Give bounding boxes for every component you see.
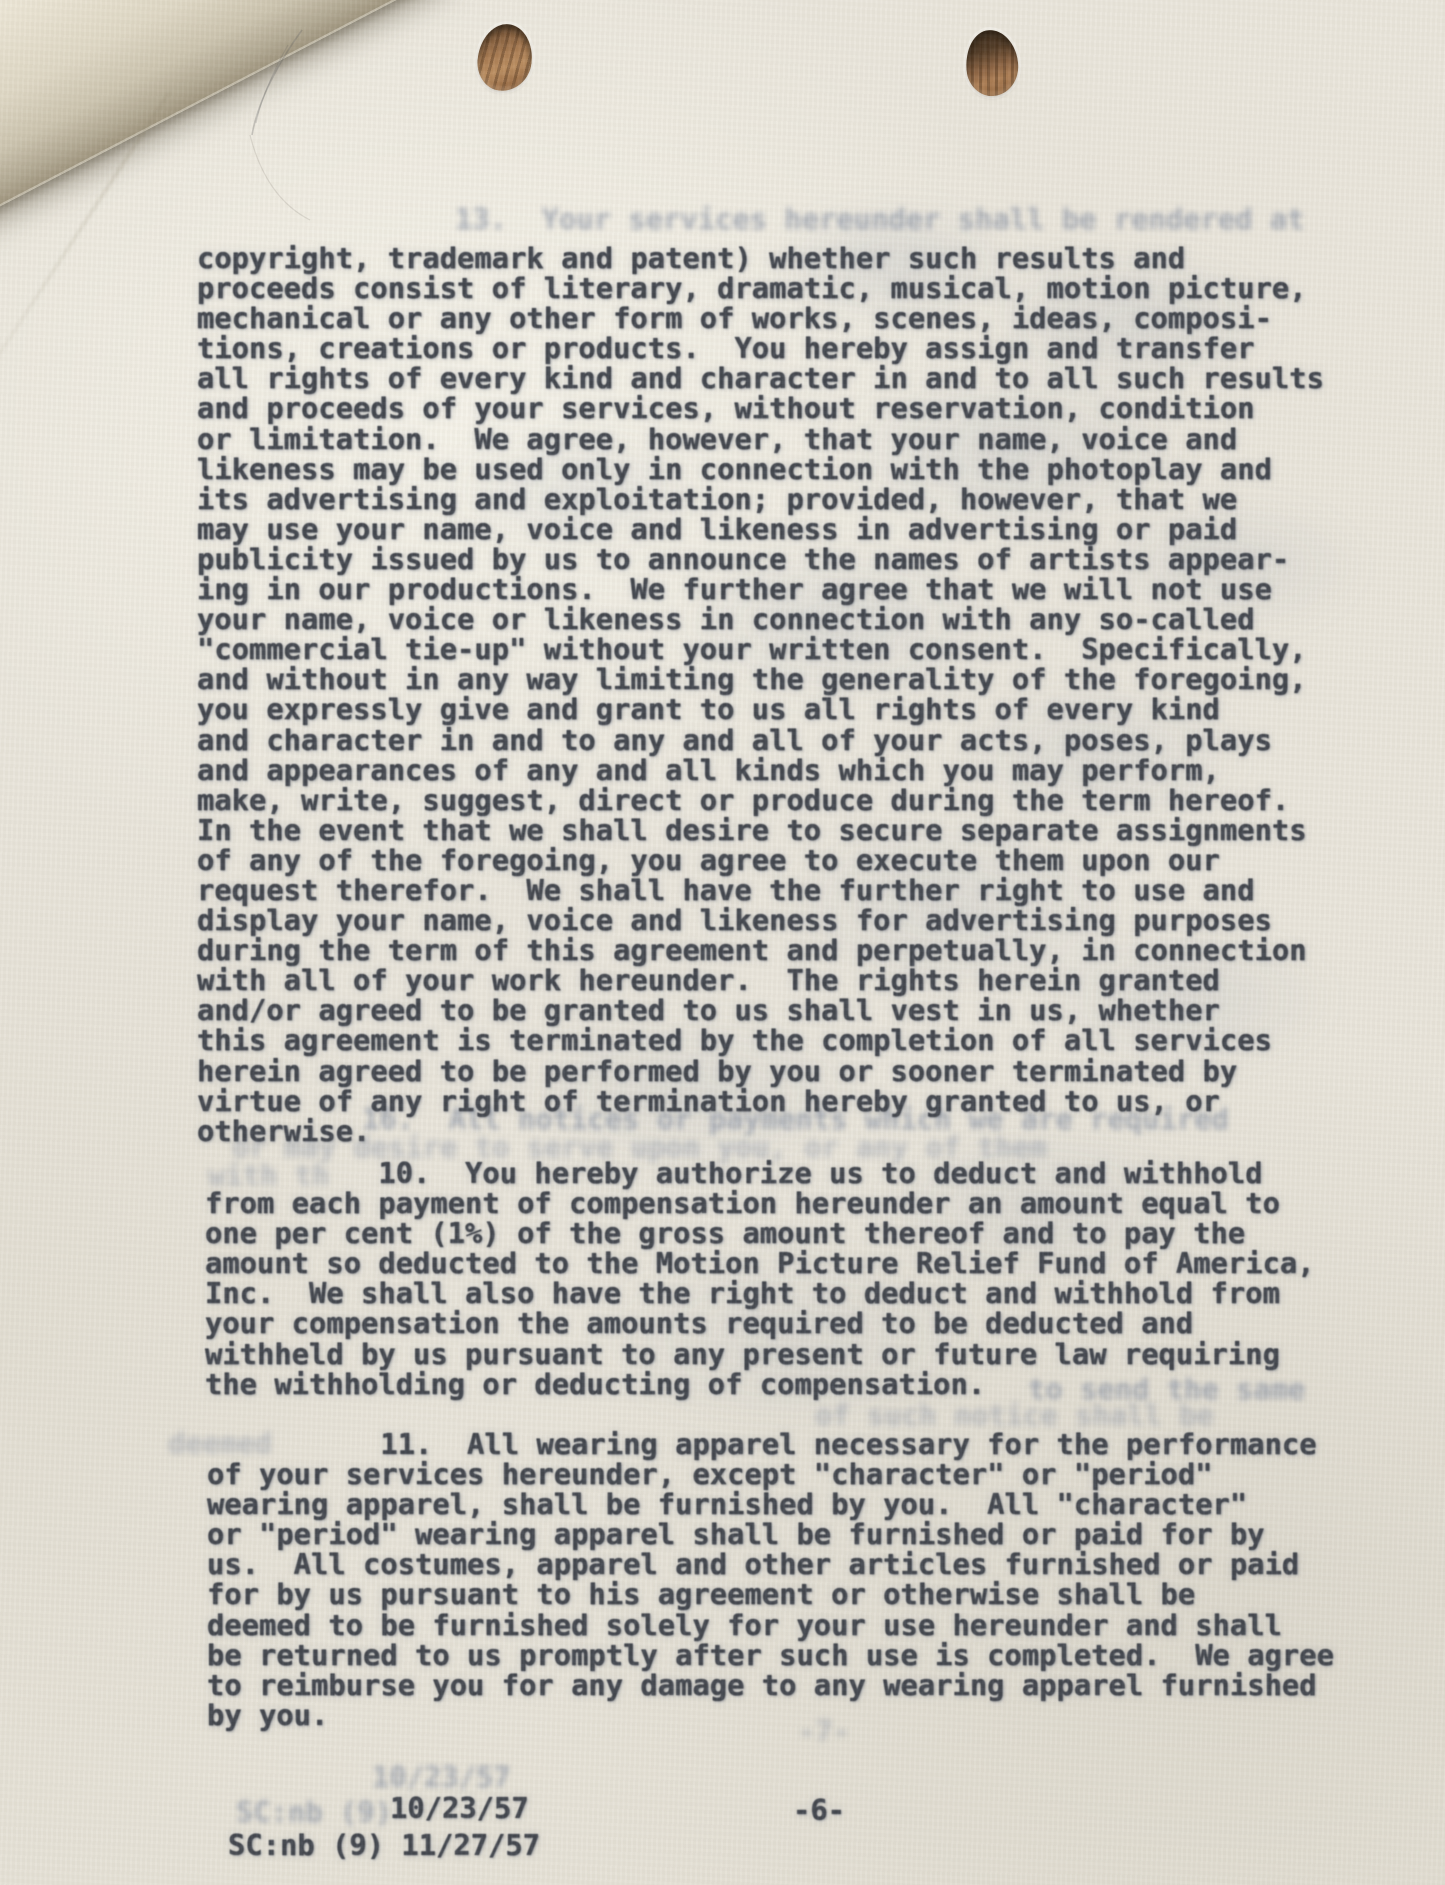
ghost-text-line: 13. Your services hereunder shall be ren… — [455, 204, 1305, 234]
footer-page-number: -6- — [793, 1795, 845, 1825]
typed-text-line: tions, creations or products. You hereby… — [197, 333, 1324, 363]
contract-paragraph-11: 11. All wearing apparel necessary for th… — [207, 1429, 1334, 1730]
typed-text-line: mechanical or any other form of works, s… — [197, 303, 1324, 333]
typed-text-line: proceeds consist of literary, dramatic, … — [197, 273, 1324, 303]
punch-hole-left — [474, 21, 536, 94]
typed-text-line: and without in any way limiting the gene… — [197, 664, 1324, 694]
typed-text-line: wearing apparel, shall be furnished by y… — [207, 1489, 1334, 1519]
footer-date: 10/23/57 — [390, 1793, 529, 1823]
typed-text-line: and character in and to any and all of y… — [197, 725, 1324, 755]
typed-text-line: and proceeds of your services, without r… — [197, 393, 1324, 423]
typed-text-line: your name, voice or likeness in connecti… — [197, 604, 1324, 634]
typed-text-line: 10. You hereby authorize us to deduct an… — [205, 1158, 1315, 1188]
typed-text-line: virtue of any right of termination hereb… — [197, 1086, 1324, 1116]
typed-text-line: deemed to be furnished solely for your u… — [207, 1610, 1334, 1640]
typed-text-line: herein agreed to be performed by you or … — [197, 1056, 1324, 1086]
typed-text-line: to reimburse you for any damage to any w… — [207, 1670, 1334, 1700]
typed-text-line: copyright, trademark and patent) whether… — [197, 243, 1324, 273]
typed-text-line: or "period" wearing apparel shall be fur… — [207, 1519, 1334, 1549]
typed-text-line: all rights of every kind and character i… — [197, 363, 1324, 393]
punch-hole-right — [963, 28, 1021, 98]
typed-text-line: "commercial tie-up" without your written… — [197, 634, 1324, 664]
typed-text-line: with all of your work hereunder. The rig… — [197, 965, 1324, 995]
typed-text-line: and/or agreed to be granted to us shall … — [197, 995, 1324, 1025]
ghost-text-fragment: of such notice shall be — [815, 1400, 1214, 1430]
footer-typist-reference: SC:nb (9) 11/27/57 — [228, 1830, 540, 1860]
typed-text-line: withheld by us pursuant to any present o… — [205, 1339, 1315, 1369]
typed-text-line: your compensation the amounts required t… — [205, 1308, 1315, 1338]
typed-text-line: during the term of this agreement and pe… — [197, 935, 1324, 965]
contract-continuation-paragraph: copyright, trademark and patent) whether… — [197, 243, 1324, 1146]
typed-text-line: may use your name, voice and likeness in… — [197, 514, 1324, 544]
typed-text-line: otherwise. — [197, 1116, 1324, 1146]
typed-text-line: amount so deducted to the Motion Picture… — [205, 1248, 1315, 1278]
curled-page-corner — [0, 0, 456, 246]
typed-text-line: us. All costumes, apparel and other arti… — [207, 1549, 1334, 1579]
typed-text-line: and appearances of any and all kinds whi… — [197, 755, 1324, 785]
typed-text-line: likeness may be used only in connection … — [197, 454, 1324, 484]
typed-text-line: by you. — [207, 1700, 1334, 1730]
typed-text-line: make, write, suggest, direct or produce … — [197, 785, 1324, 815]
typed-text-line: its advertising and exploitation; provid… — [197, 484, 1324, 514]
typed-text-line: display your name, voice and likeness fo… — [197, 905, 1324, 935]
typed-text-line: of any of the foregoing, you agree to ex… — [197, 845, 1324, 875]
ghost-footer-reference: SC:nb (9) — [236, 1797, 392, 1827]
typed-text-line: or limitation. We agree, however, that y… — [197, 424, 1324, 454]
typed-text-line: the withholding or deducting of compensa… — [205, 1369, 1315, 1399]
ghost-footer-date: 10/23/57 — [372, 1762, 511, 1792]
scanned-contract-page: 13. Your services hereunder shall be ren… — [0, 0, 1445, 1885]
typed-text-line: publicity issued by us to announce the n… — [197, 544, 1324, 574]
typed-text-line: of your services hereunder, except "char… — [207, 1459, 1334, 1489]
typed-text-line: one per cent (1%) of the gross amount th… — [205, 1218, 1315, 1248]
typed-text-line: from each payment of compensation hereun… — [205, 1188, 1315, 1218]
typed-text-line: In the event that we shall desire to sec… — [197, 815, 1324, 845]
typed-text-line: be returned to us promptly after such us… — [207, 1640, 1334, 1670]
typed-text-line: 11. All wearing apparel necessary for th… — [207, 1429, 1334, 1459]
typed-text-line: you expressly give and grant to us all r… — [197, 694, 1324, 724]
typed-text-line: this agreement is terminated by the comp… — [197, 1025, 1324, 1055]
contract-paragraph-10: 10. You hereby authorize us to deduct an… — [205, 1158, 1315, 1399]
typed-text-line: request therefor. We shall have the furt… — [197, 875, 1324, 905]
typed-text-line: Inc. We shall also have the right to ded… — [205, 1278, 1315, 1308]
typed-text-line: for by us pursuant to his agreement or o… — [207, 1579, 1334, 1609]
typed-text-line: ing in our productions. We further agree… — [197, 574, 1324, 604]
